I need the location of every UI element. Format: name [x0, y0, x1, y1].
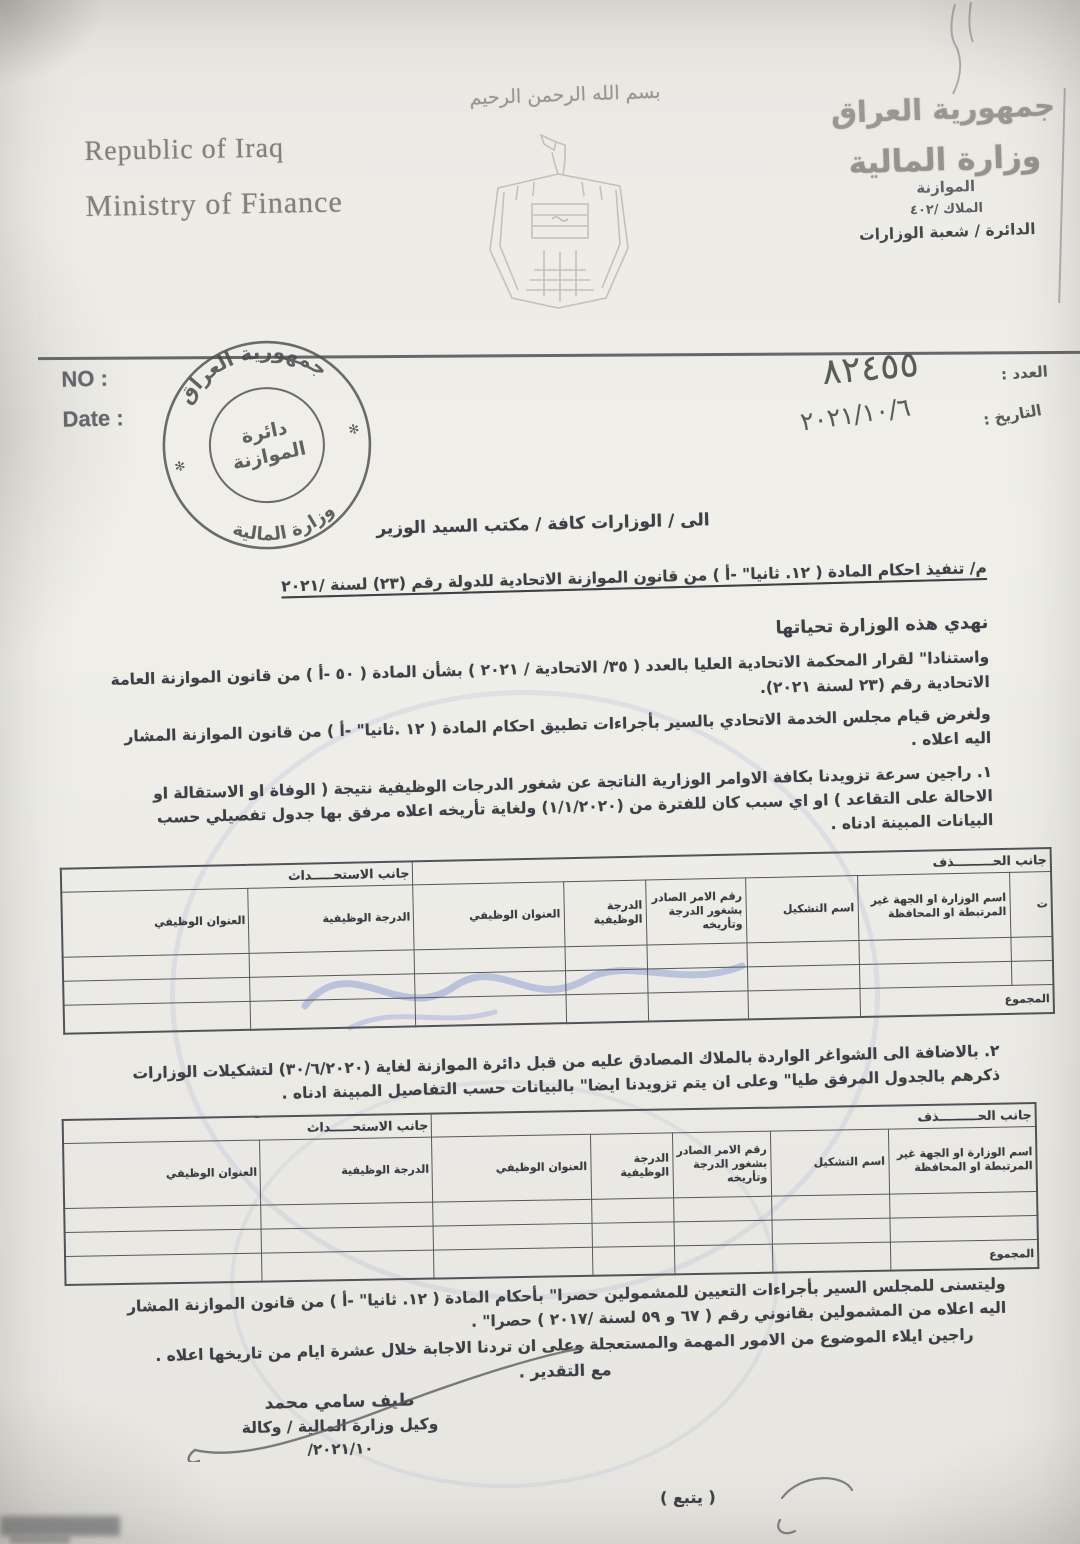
arabic-letterhead: جمهورية العراق وزارة المالية الموازنة ال…: [817, 88, 1072, 246]
subject-line: م/ تنفيذ احكام المادة ( ١٢. ثانيا" -أ ) …: [102, 556, 987, 603]
table2-col-title-del: العنوان الوظيفي: [432, 1134, 591, 1202]
scan-smudge: [0, 1516, 120, 1536]
table1-col-title-del: العنوان الوظيفي: [413, 881, 564, 949]
table1-col-formation: اسم التشكيل: [745, 875, 858, 942]
date-label-ar: التاريخ :: [982, 401, 1043, 429]
table1-col-order: رقم الامر الصادر بشغور الدرجة وتأريخه: [645, 878, 746, 945]
table1-col-ministry: اسم الوزارة او الجهة غير المرتبطة او الم…: [857, 872, 1010, 940]
date-value: ٢٠٢١/١٠/٦: [799, 392, 913, 436]
no-label: NO :: [61, 365, 123, 393]
stamp-ring-top-text: جمهورية العراق: [165, 324, 336, 411]
letter-body: الى / الوزارات كافة / مكتب السيد الوزير …: [100, 500, 1008, 1395]
svg-text:✻: ✻: [347, 422, 361, 439]
number-label: العدد :: [1001, 362, 1049, 383]
request-item-2: ٢. بالاضافة الى الشواغر الواردة بالملاك …: [114, 1038, 1000, 1109]
scanned-letter-page: Republic of Iraq Ministry of Finance بسم…: [0, 0, 1080, 1544]
request-item-1: ١. راجين سرعة تزويدنا بكافة الاوامر الوز…: [107, 759, 994, 854]
number-value: ٨٢٤٥٥: [820, 344, 920, 393]
scan-smudge-small: [10, 1536, 70, 1544]
svg-text:✻: ✻: [173, 459, 187, 476]
english-letterhead: Republic of Iraq Ministry of Finance: [84, 130, 425, 224]
iraq-eagle-emblem: [460, 128, 660, 323]
deletion-creation-table-1-wrap: جانب الحـــــــــذف جانب الاستحـــــداث …: [110, 848, 998, 1033]
deletion-creation-table-2: جانب الحـــــــــذف جانب الاستحـــــداث …: [62, 1102, 1040, 1286]
bismillah-calligraphy: بسم الله الرحمن الرحيم: [440, 80, 691, 111]
date-label-en: Date :: [62, 405, 124, 433]
table1-col-grade-del: الدرجة الوظيفية: [563, 880, 646, 947]
table2-col-order: رقم الامر الصادر بشغور الدرجة وتأريخه: [672, 1131, 771, 1198]
table2-total-label: المجموع: [890, 1239, 1038, 1270]
table1-col-serial: ت: [1009, 871, 1052, 937]
table2-col-grade-new: الدرجة الوظيفية: [260, 1137, 433, 1205]
svg-text:جمهورية العراق: جمهورية العراق: [165, 324, 336, 411]
table1-col-title-new: العنوان الوظيفي: [61, 888, 249, 957]
table2-col-title-new: العنوان الوظيفي: [63, 1140, 261, 1208]
table1-total-label: المجموع: [859, 984, 1054, 1017]
reference-labels-en: NO : Date :: [61, 365, 124, 433]
english-ministry-line: Ministry of Finance: [85, 184, 426, 224]
corner-pen-marks: [925, 0, 995, 100]
pen-flourish-mark: [770, 1468, 865, 1538]
staffing-line: الملاك /٤٠٢: [821, 198, 1071, 222]
english-country-line: Republic of Iraq: [84, 130, 425, 168]
continued-note: ( يتبع ): [660, 1488, 716, 1508]
table2-col-grade-del: الدرجة الوظيفية: [590, 1133, 673, 1199]
signature-scribble: [175, 1342, 605, 1462]
table2-col-ministry: اسم الوزارة او الجهة غير المرتبطة او الم…: [888, 1126, 1037, 1194]
table1-col-grade-new: الدرجة الوظيفية: [248, 884, 414, 952]
deletion-creation-table-2-wrap: جانب الحـــــــــذف جانب الاستحـــــداث …: [117, 1102, 1005, 1284]
deletion-creation-table-1: جانب الحـــــــــذف جانب الاستحـــــداث …: [60, 847, 1055, 1035]
table2-col-formation: اسم التشكيل: [770, 1129, 889, 1196]
department-line: الدائرة / شعبة الوزارات: [822, 219, 1072, 246]
